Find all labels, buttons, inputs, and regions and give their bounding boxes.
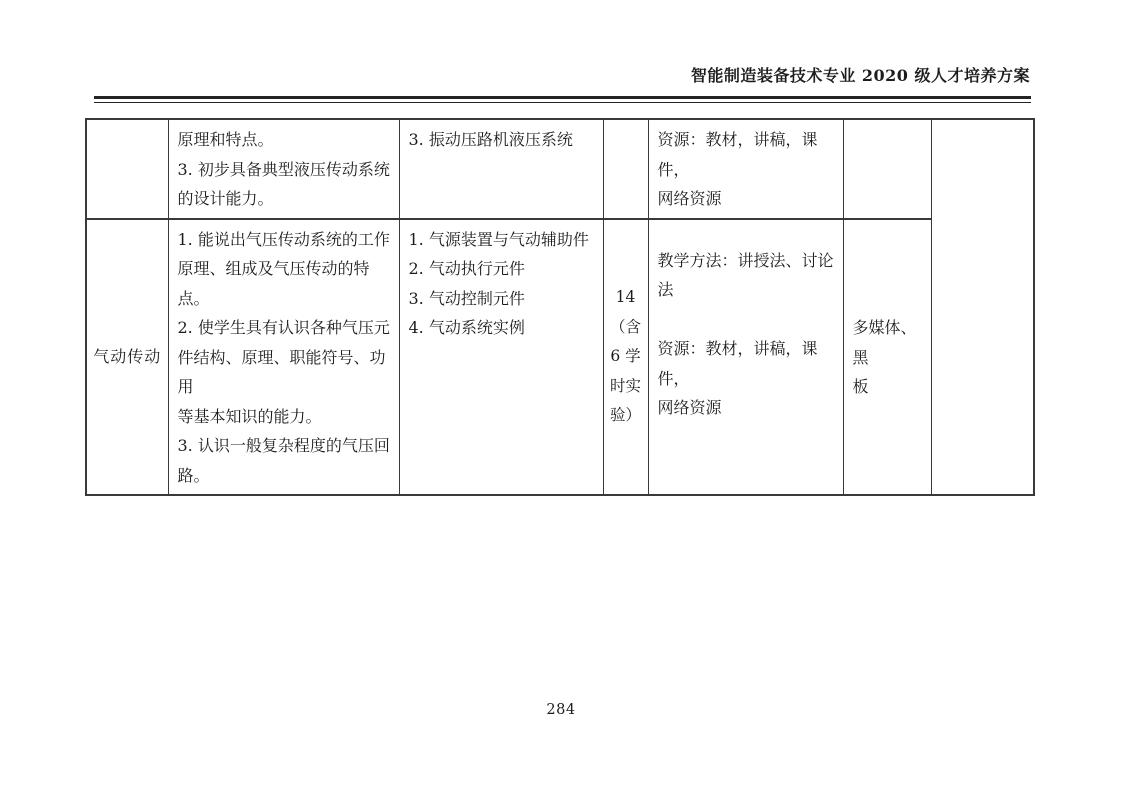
cell-module-name: 气动传动 — [86, 219, 168, 496]
cell-class-hours: 14 （含 6 学 时实 验） — [603, 219, 648, 496]
cell-methods-resources: 教学方法：讲授法、讨论 法 资源：教材，讲稿，课件， 网络资源 — [648, 219, 843, 496]
page-header-title: 智能制造装备技术专业 2020 级人才培养方案 — [691, 63, 1030, 86]
cell-teaching-content: 1. 气源装置与气动辅助件 2. 气动执行元件 3. 气动控制元件 4. 气动系… — [399, 219, 603, 496]
table-row-pneumatic-transmission: 气动传动 1. 能说出气压传动系统的工作 原理、组成及气压传动的特点。 2. 使… — [86, 219, 1034, 496]
table-row-continuation: 原理和特点。 3. 初步具备典型液压传动系统 的设计能力。 3. 振动压路机液压… — [86, 119, 1034, 219]
cell-teaching-media: 多媒体、黑 板 — [843, 219, 931, 496]
cell-objectives: 1. 能说出气压传动系统的工作 原理、组成及气压传动的特点。 2. 使学生具有认… — [168, 219, 399, 496]
page-number: 284 — [0, 702, 1122, 718]
cell-methods-resources: 资源：教材，讲稿，课件， 网络资源 — [648, 119, 843, 219]
course-plan-table: 原理和特点。 3. 初步具备典型液压传动系统 的设计能力。 3. 振动压路机液压… — [85, 118, 1035, 496]
document-page: 智能制造装备技术专业 2020 级人才培养方案 原理和特点。 3. 初步具备典型… — [0, 0, 1122, 793]
cell-teaching-content: 3. 振动压路机液压系统 — [399, 119, 603, 219]
cell-objectives: 原理和特点。 3. 初步具备典型液压传动系统 的设计能力。 — [168, 119, 399, 219]
cell-class-hours — [603, 119, 648, 219]
cell-module-name — [86, 119, 168, 219]
cell-remarks — [931, 119, 1034, 495]
header-double-rule — [94, 96, 1031, 103]
cell-teaching-media — [843, 119, 931, 219]
